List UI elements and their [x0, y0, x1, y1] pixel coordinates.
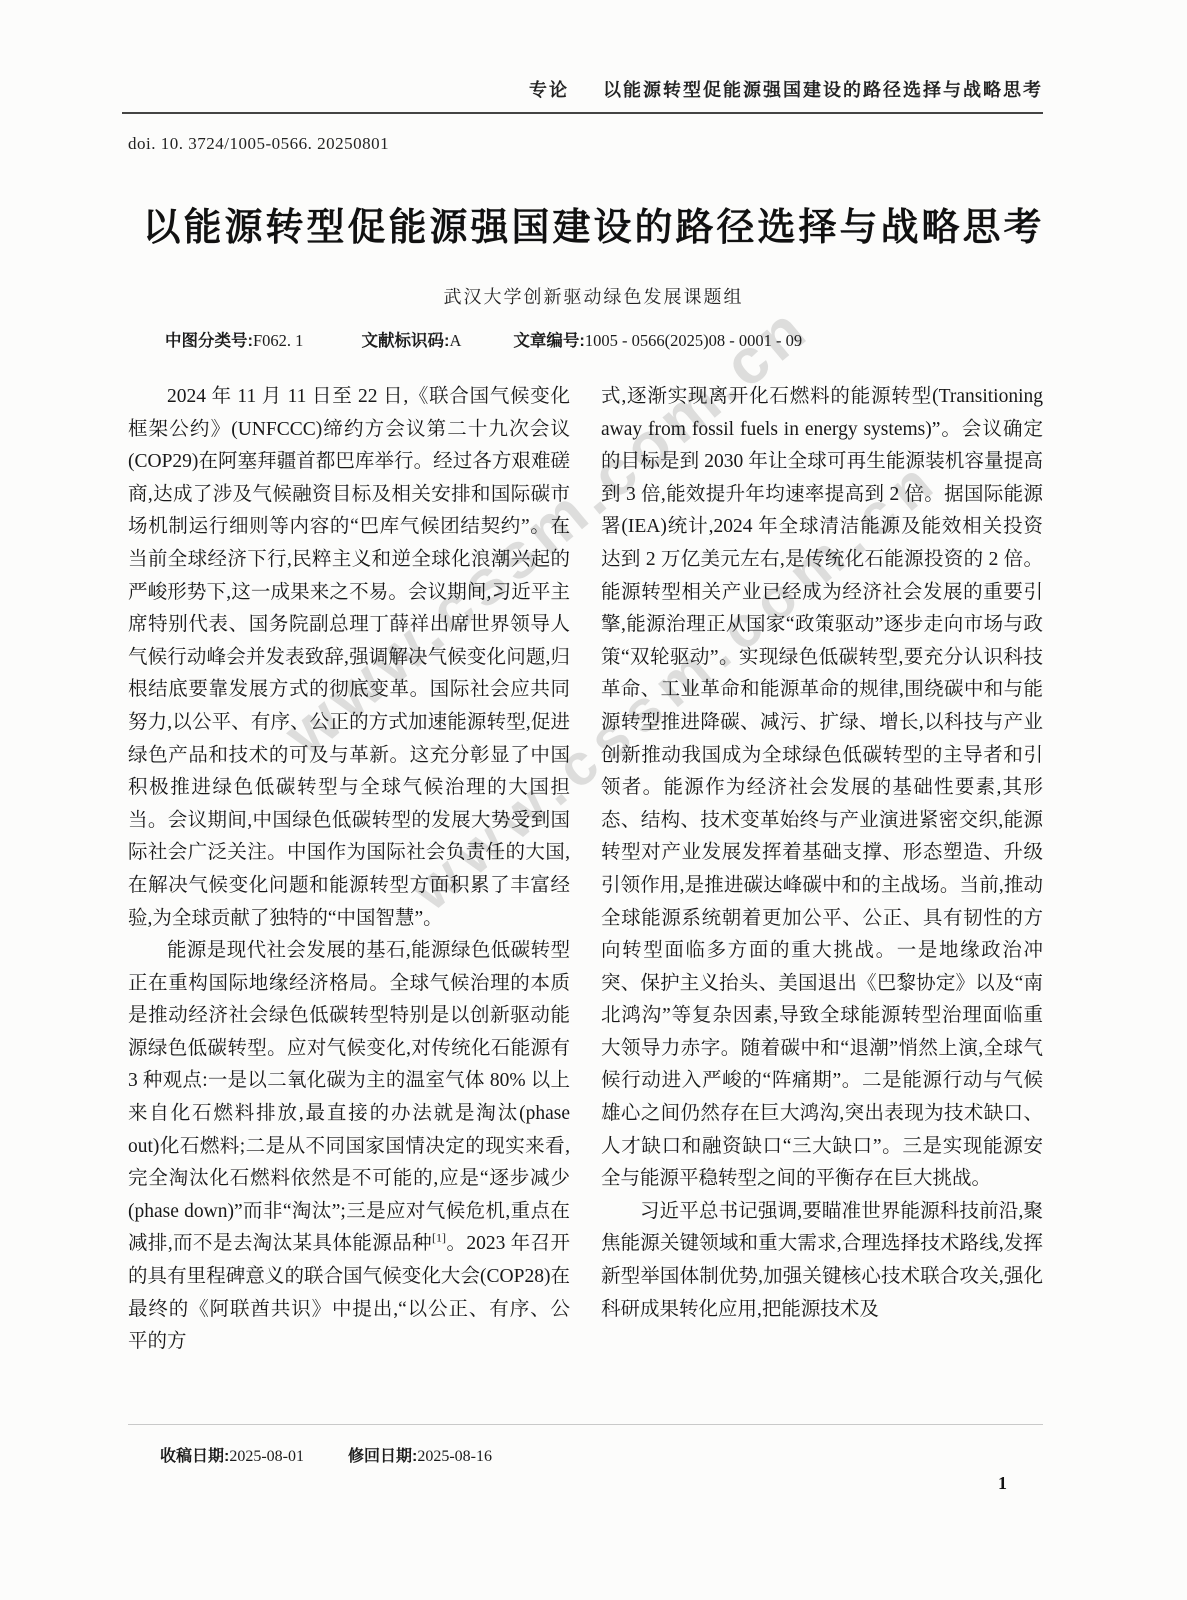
revised-label: 修回日期:	[348, 1448, 417, 1465]
article-meta: 中图分类号:F062. 1文献标识码:A文章编号:1005 - 0566(202…	[165, 327, 1045, 351]
footnote-rule	[128, 1424, 1043, 1425]
right-column: 式,逐渐实现离开化石燃料的能源转型(Transitioning away fro…	[601, 381, 1043, 1326]
article-id-label: 文章编号:	[513, 332, 585, 350]
received-label: 收稿日期:	[160, 1448, 229, 1465]
running-head: 专论以能源转型促能源强国建设的路径选择与战略思考	[122, 76, 1043, 102]
page-number: 1	[998, 1473, 1007, 1494]
received-date: 2025-08-01	[229, 1448, 304, 1465]
doc-code-value: A	[449, 331, 461, 350]
paragraph: 2024 年 11 月 11 日至 22 日,《联合国气候变化框架公约》(UNF…	[128, 381, 570, 935]
dates-footnote: 收稿日期:2025-08-01修回日期:2025-08-16	[160, 1443, 492, 1466]
journal-page: www.cssm.com.cn www.cssm.com.cn 专论以能源转型促…	[0, 0, 1187, 1600]
revised-date: 2025-08-16	[417, 1448, 492, 1465]
running-head-title: 以能源转型促能源强国建设的路径选择与战略思考	[603, 80, 1043, 100]
paragraph: 习近平总书记强调,要瞄准世界能源科技前沿,聚焦能源关键领域和重大需求,合理选择技…	[601, 1196, 1043, 1326]
article-id-value: 1005 - 0566(2025)08 - 0001 - 09	[585, 331, 802, 350]
page-title: 以能源转型促能源强国建设的路径选择与战略思考	[0, 196, 1187, 251]
paragraph-text: 能源是现代社会发展的基石,能源绿色低碳转型正在重构国际地缘经济格局。全球气候治理…	[128, 940, 570, 1254]
left-column: 2024 年 11 月 11 日至 22 日,《联合国气候变化框架公约》(UNF…	[128, 381, 570, 1359]
clc-label: 中图分类号:	[165, 332, 253, 350]
paragraph: 能源是现代社会发展的基石,能源绿色低碳转型正在重构国际地缘经济格局。全球气候治理…	[128, 935, 570, 1359]
header-rule	[122, 112, 1043, 114]
citation-superscript: [1]	[432, 1231, 446, 1245]
author: 武汉大学创新驱动绿色发展课题组	[0, 283, 1187, 309]
section-label: 专论	[529, 80, 569, 100]
doi: doi. 10. 3724/1005-0566. 20250801	[128, 134, 389, 154]
doc-code-label: 文献标识码:	[361, 332, 449, 350]
clc-value: F062. 1	[253, 331, 303, 350]
paragraph: 式,逐渐实现离开化石燃料的能源转型(Transitioning away fro…	[601, 381, 1043, 1196]
